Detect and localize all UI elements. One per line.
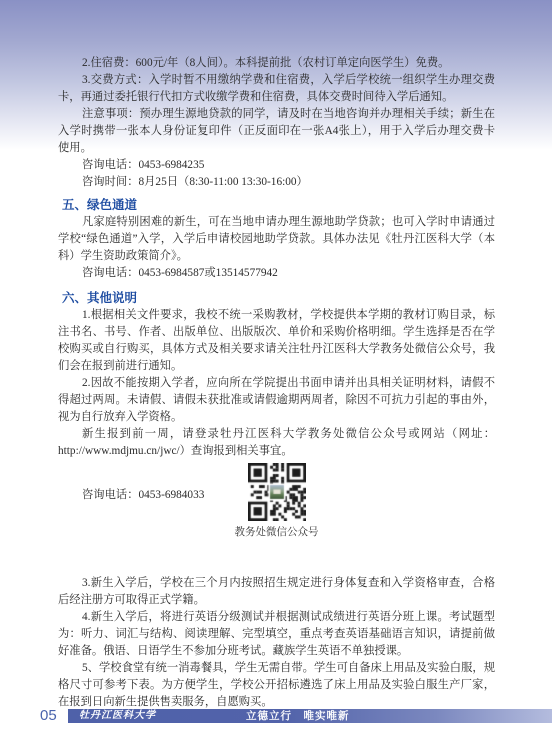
university-motto: 立德立行 唯实唯新: [246, 710, 350, 722]
page-footer: 05 牡丹江医科大学 立德立行 唯实唯新: [0, 709, 552, 724]
paragraph-leave-policy: 2.因故不能按期入学者，应向所在学院提出书面申请并出具相关证明材料，请假不得超过…: [58, 375, 495, 426]
qr-wrapper: 教务处微信公众号: [229, 463, 325, 539]
paragraph-payment-method: 3.交费方式：入学时暂不用缴纳学费和住宿费，入学后学校统一组织学生办理交费卡，再…: [58, 72, 495, 106]
qr-caption: 教务处微信公众号: [229, 527, 325, 539]
intro-time-line: 咨询时间：8月25日（8:30-11:00 13:30-16:00）: [58, 174, 495, 191]
university-name-logo: 牡丹江医科大学: [79, 710, 156, 722]
paragraph-health-recheck: 3.新生入学后，学校在三个月内按照招生规定进行身体复查和入学资格审查，合格后经注…: [58, 575, 495, 609]
qr-block: 咨询电话：0453-6984033 教务处微信公众号: [58, 463, 495, 543]
paragraph-green-channel: 凡家庭特别困难的新生，可在当地申请办理生源地助学贷款；也可入学时申请通过学校“绿…: [58, 214, 495, 265]
academic-office-phone-line: 咨询电话：0453-6984033: [58, 487, 204, 504]
green-channel-phone-line: 咨询电话：0453-6984587或13514577942: [58, 265, 495, 282]
paragraph-dorm-fee: 2.住宿费：600元/年（8人间）。本科提前批（农村订单定向医学生）免费。: [58, 55, 495, 72]
page-number: 05: [40, 708, 57, 723]
page-content: 2.住宿费：600元/年（8人间）。本科提前批（农村订单定向医学生）免费。 3.…: [58, 55, 495, 711]
paragraph-english-placement: 4.新生入学后，将进行英语分级测试并根据测试成绩进行英语分班上课。考试题型为：听…: [58, 609, 495, 660]
paragraph-textbooks: 1.根据相关文件要求，我校不统一采购教材，学校提供本学期的教材订购目录，标注书名…: [58, 307, 495, 375]
paragraph-notice: 注意事项：预办理生源地贷款的同学，请及时在当地咨询并办理相关手续；新生在入学时携…: [58, 106, 495, 157]
paragraph-canteen-supplies: 5、学校食堂有统一消毒餐具，学生无需自带。学生可自备床上用品及实验白服，规格尺寸…: [58, 660, 495, 711]
paragraph-website-check: 新生报到前一周，请登录牡丹江医科大学教务处微信公众号或网站（网址：http://…: [58, 426, 495, 460]
footer-bar: 牡丹江医科大学 立德立行 唯实唯新: [68, 709, 552, 723]
qr-code-image: [248, 463, 306, 521]
section-heading-green-channel: 五、绿色通道: [62, 197, 495, 214]
intro-phone-line: 咨询电话：0453-6984235: [58, 157, 495, 174]
document-page: 2.住宿费：600元/年（8人间）。本科提前批（农村订单定向医学生）免费。 3.…: [0, 0, 552, 756]
section-heading-other-notes: 六、其他说明: [62, 290, 495, 307]
